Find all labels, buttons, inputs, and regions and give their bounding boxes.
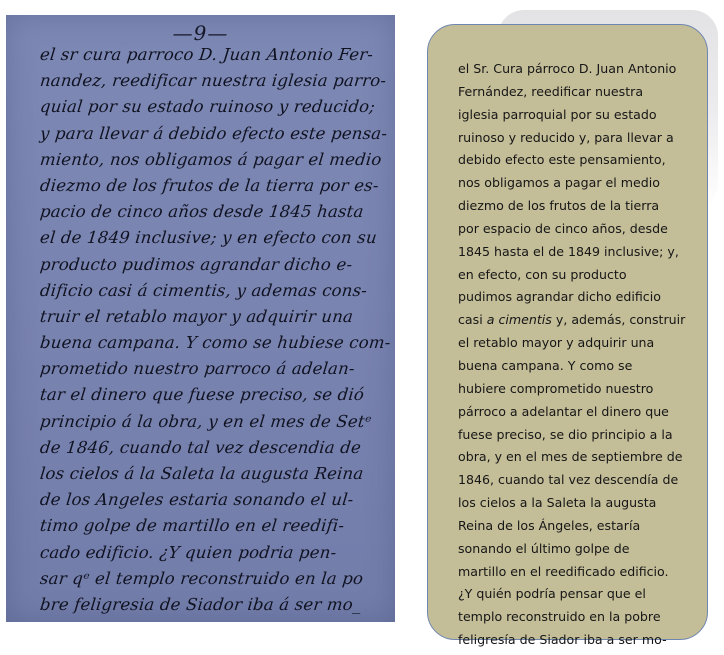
transcription-text-segment: 1845 hasta el de 1849 inclusive; y, <box>458 244 679 259</box>
manuscript-line: prometido nuestro parroco á adelan- <box>39 356 392 382</box>
manuscript-line: buena campana. Y como se hubiese com- <box>39 330 392 356</box>
transcription-text-segment: y, además, construir <box>552 312 685 327</box>
manuscript-line: dificio casi á cimentis, y ademas cons- <box>39 278 392 304</box>
transcription-line: buena campana. Y como se <box>458 355 708 378</box>
transcription-text-segment: los cielos a la Saleta la augusta <box>458 495 656 510</box>
transcription-text-segment: debido efecto este pensamiento, <box>458 152 666 167</box>
transcription-text: el Sr. Cura párroco D. Juan AntonioFerná… <box>458 58 708 652</box>
manuscript-line: nandez, reedificar nuestra iglesia parro… <box>39 68 392 94</box>
manuscript-line: los cielos á la Saleta la augusta Reina <box>39 461 392 487</box>
transcription-line: casi a cimentis y, además, construir <box>458 309 708 332</box>
transcription-line: templo reconstruido en la pobre <box>458 606 708 629</box>
transcription-text-segment: martillo en el reedificado edificio. <box>458 564 669 579</box>
transcription-text-segment: ¿Y quién podría pensar que el <box>458 586 646 601</box>
transcription-line: nos obligamos a pagar el medio <box>458 172 708 195</box>
transcription-line: el retablo mayor y adquirir una <box>458 332 708 355</box>
manuscript-line: quial por su estado ruinoso y reducido; <box>39 94 392 120</box>
transcription-text-segment: fuese preciso, se dio principio a la <box>458 427 673 442</box>
transcription-text-segment: el retablo mayor y adquirir una <box>458 335 654 350</box>
manuscript-line: principio á la obra, y en el mes de Setᵉ <box>39 409 392 435</box>
transcription-text-segment: en efecto, con su producto <box>458 267 627 282</box>
transcription-text-segment: casi <box>458 312 487 327</box>
transcription-line: martillo en el reedificado edificio. <box>458 561 708 584</box>
transcription-text-segment: pudimos agrandar dicho edificio <box>458 289 661 304</box>
manuscript-line: de 1846, cuando tal vez descendia de <box>39 435 392 461</box>
transcription-text-segment: obra, y en el mes de septiembre de <box>458 449 683 464</box>
manuscript-line: truir el retablo mayor y adquirir una <box>39 304 392 330</box>
manuscript-line: tar el dinero que fuese preciso, se dió <box>39 382 392 408</box>
transcription-text-segment: diezmo de los frutos de la tierra <box>458 198 659 213</box>
manuscript-line: bre feligresia de Siador iba á ser mo_ <box>39 592 392 618</box>
manuscript-line: el sr cura parroco D. Juan Antonio Fer- <box>39 42 392 68</box>
transcription-line: 1846, cuando tal vez descendía de <box>458 469 708 492</box>
manuscript-line: el de 1849 inclusive; y en efecto con su <box>39 225 392 251</box>
transcription-text-segment: sonando el último golpe de <box>458 541 629 556</box>
transcription-text-segment: hubiere comprometido nuestro <box>458 381 653 396</box>
manuscript-line: timo golpe de martillo en el reedifi- <box>39 513 392 539</box>
manuscript-line: y para llevar á debido efecto este pensa… <box>39 121 392 147</box>
manuscript-line: miento, nos obligamos á pagar el medio <box>39 147 392 173</box>
transcription-line: los cielos a la Saleta la augusta <box>458 492 708 515</box>
transcription-text-segment: buena campana. Y como se <box>458 358 632 373</box>
transcription-panel: el Sr. Cura párroco D. Juan AntonioFerná… <box>427 24 708 640</box>
transcription-line: párroco a adelantar el dinero que <box>458 401 708 424</box>
manuscript-line: producto pudimos agrandar dicho e- <box>39 252 392 278</box>
transcription-line: 1845 hasta el de 1849 inclusive; y, <box>458 241 708 264</box>
transcription-line: hubiere comprometido nuestro <box>458 378 708 401</box>
transcription-line: por espacio de cinco años, desde <box>458 218 708 241</box>
transcription-line: feligresía de Siador iba a ser mo- <box>458 629 708 652</box>
transcription-line: el Sr. Cura párroco D. Juan Antonio <box>458 58 708 81</box>
transcription-line: Fernández, reedificar nuestra <box>458 81 708 104</box>
transcription-text-segment: el Sr. Cura párroco D. Juan Antonio <box>458 61 676 76</box>
transcription-text-segment: nos obligamos a pagar el medio <box>458 175 660 190</box>
transcription-line: Reina de los Ángeles, estaría <box>458 515 708 538</box>
manuscript-lines: el sr cura parroco D. Juan Antonio Fer- … <box>40 42 390 618</box>
manuscript-line: sar qᵉ el templo reconstruido en la po <box>39 566 392 592</box>
manuscript-line: de los Angeles estaria sonando el ul- <box>39 487 392 513</box>
transcription-line: obra, y en el mes de septiembre de <box>458 446 708 469</box>
transcription-text-segment: por espacio de cinco años, desde <box>458 221 668 236</box>
transcription-line: fuese preciso, se dio principio a la <box>458 424 708 447</box>
manuscript-line: pacio de cinco años desde 1845 hasta <box>39 199 392 225</box>
transcription-text-segment: feligresía de Siador iba a ser mo- <box>458 632 667 647</box>
transcription-text-segment: Fernández, reedificar nuestra <box>458 84 643 99</box>
transcription-line: iglesia parroquial por su estado <box>458 104 708 127</box>
transcription-line: diezmo de los frutos de la tierra <box>458 195 708 218</box>
transcription-italic-term: a cimentis <box>487 312 552 327</box>
transcription-line: debido efecto este pensamiento, <box>458 149 708 172</box>
transcription-line: sonando el último golpe de <box>458 538 708 561</box>
manuscript-line: diezmo de los frutos de la tierra por es… <box>39 173 392 199</box>
transcription-text-segment: templo reconstruido en la pobre <box>458 609 661 624</box>
transcription-text-segment: iglesia parroquial por su estado <box>458 107 657 122</box>
transcription-text-segment: ruinoso y reducido y, para llevar a <box>458 130 674 145</box>
manuscript-line: cado edificio. ¿Y quien podria pen- <box>39 540 392 566</box>
transcription-line: pudimos agrandar dicho edificio <box>458 286 708 309</box>
transcription-text-segment: Reina de los Ángeles, estaría <box>458 518 640 533</box>
transcription-line: ruinoso y reducido y, para llevar a <box>458 127 708 150</box>
manuscript-image: —9— el sr cura parroco D. Juan Antonio F… <box>6 15 395 622</box>
transcription-line: en efecto, con su producto <box>458 264 708 287</box>
transcription-text-segment: párroco a adelantar el dinero que <box>458 404 669 419</box>
transcription-text-segment: 1846, cuando tal vez descendía de <box>458 472 678 487</box>
transcription-line: ¿Y quién podría pensar que el <box>458 583 708 606</box>
